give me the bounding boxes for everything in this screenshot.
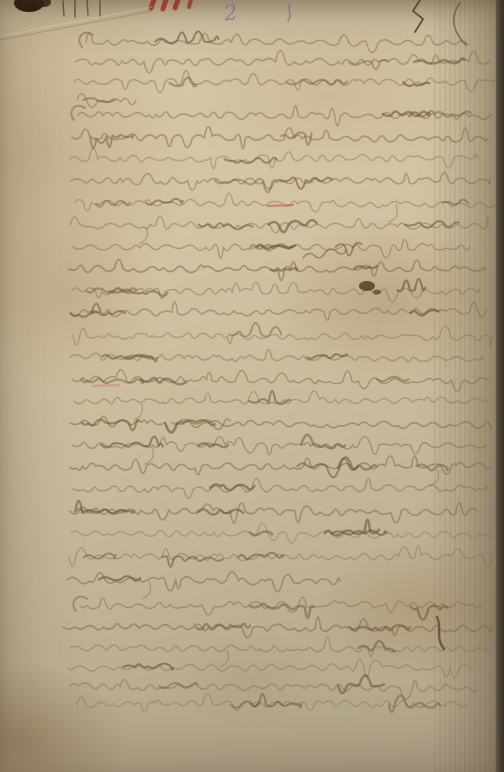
script-line [70, 637, 488, 657]
script-word-dark [338, 675, 384, 693]
descender-tail [139, 227, 147, 244]
handwriting-layer [0, 0, 504, 772]
paragraph-1 [74, 32, 494, 108]
script-line [74, 71, 494, 93]
marginal-marks [0, 0, 466, 649]
ink-blot [359, 281, 375, 291]
ink-scratch-top-right [413, 0, 423, 32]
paragraph-2 [67, 106, 495, 599]
script-word-dark [210, 484, 254, 490]
script-word-dark [250, 604, 313, 618]
script-line [63, 617, 492, 637]
script-word-dark [239, 553, 283, 560]
script-word-dark [271, 268, 298, 271]
script-word-dark [301, 435, 345, 448]
descender-tail [145, 447, 153, 464]
descender-tail [389, 205, 397, 222]
script-line [69, 546, 492, 567]
script-word-dark [162, 556, 223, 567]
descender-tail [220, 650, 228, 667]
script-line [73, 478, 488, 498]
script-word-dark [398, 279, 425, 291]
fold-crease-highlight [0, 7, 152, 36]
red-underline [268, 205, 293, 206]
descender-tail [134, 403, 142, 420]
script-line [74, 391, 488, 404]
red-ink-mark [189, 0, 191, 7]
script-line [72, 127, 488, 149]
initial-flourish [73, 597, 87, 611]
dark-ink-stroke [437, 617, 444, 649]
script-line [86, 32, 468, 52]
descender-tail [142, 582, 150, 599]
red-underline [93, 385, 119, 386]
script-line [71, 523, 490, 542]
script-line [68, 659, 472, 677]
violet-flourish-mark [288, 5, 290, 21]
script-line [70, 302, 486, 321]
red-ink-mark [175, 0, 178, 8]
script-line [70, 456, 490, 475]
fold-crease-shadow [0, 11, 152, 40]
script-word-dark [71, 312, 99, 317]
script-word-dark [281, 132, 312, 144]
interlinear-insertion [303, 249, 347, 258]
page-number: 2 [223, 0, 239, 25]
curved-pen-stroke [454, 3, 466, 45]
manuscript-page: 2 [0, 0, 504, 772]
script-word-dark [269, 220, 317, 232]
script-line [67, 572, 340, 592]
script-line [73, 326, 492, 347]
script-word-dark [411, 606, 448, 620]
pen-trial-mark [87, 0, 88, 15]
script-line [70, 680, 477, 699]
script-word-dark [405, 221, 459, 228]
script-word-dark [87, 288, 136, 292]
script-line [77, 94, 136, 108]
script-line [73, 239, 470, 258]
script-word-dark [325, 520, 379, 535]
red-ink-mark [163, 0, 166, 9]
script-word-dark [287, 80, 347, 85]
script-word-dark [90, 135, 133, 149]
script-line [74, 193, 495, 212]
pen-trial-mark [63, 1, 64, 16]
ink-blot [373, 290, 381, 295]
script-line [72, 437, 486, 455]
paragraph-3 [63, 597, 492, 712]
